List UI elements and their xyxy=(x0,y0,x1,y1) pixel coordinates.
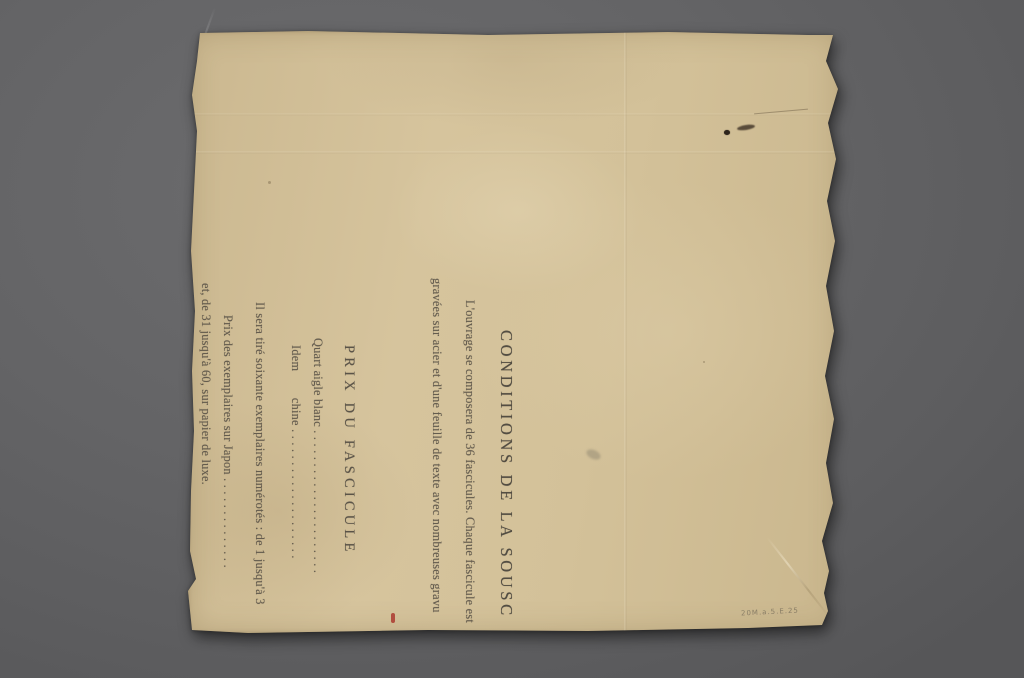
horizontal-crease-2 xyxy=(188,151,840,154)
title-conditions: CONDITIONS DE LA SOUSC xyxy=(496,330,516,619)
cut-off-leader-dots: . . . . . . . . . . . . . . . . . . . . … xyxy=(184,321,199,457)
gray-smudge xyxy=(585,447,602,461)
paper-speck xyxy=(268,181,271,184)
corner-crease xyxy=(766,537,829,617)
ink-blot-dot xyxy=(724,130,730,135)
tirage-price-japon: Prix des exemplaires sur Japon . . . . .… xyxy=(220,315,235,568)
intro-line-1: L'ouvrage se composera de 36 fascicules.… xyxy=(462,300,477,623)
ink-blot-smudge xyxy=(737,124,756,132)
photo-canvas: CONDITIONS DE LA SOUSC L'ouvrage se comp… xyxy=(0,0,1024,678)
paper-speck xyxy=(703,361,705,363)
red-ink-mark xyxy=(391,613,395,623)
tirage-line-2: et, de 31 jusqu'à 60, sur papier de luxe… xyxy=(198,283,213,485)
horizontal-crease-1 xyxy=(188,113,840,116)
pencil-accession-inscription: 20M.a.5.E.25 xyxy=(741,606,799,617)
price-line-idem-chine: Idem chine . . . . . . . . . . . . . . .… xyxy=(288,345,303,559)
vertical-crease xyxy=(624,31,627,633)
section-heading-prix: PRIX DU FASCICULE xyxy=(340,345,357,556)
price-line-quart: Quart aigle blanc . . . . . . . . . . . … xyxy=(310,338,325,573)
intro-line-2: gravées sur acier et d'une feuille de te… xyxy=(429,278,444,613)
tirage-line-1: Il sera tiré soixante exemplaires numéro… xyxy=(252,302,267,605)
paper-fragment-wrap: CONDITIONS DE LA SOUSC L'ouvrage se comp… xyxy=(188,31,840,633)
paper-fragment: CONDITIONS DE LA SOUSC L'ouvrage se comp… xyxy=(188,31,840,633)
